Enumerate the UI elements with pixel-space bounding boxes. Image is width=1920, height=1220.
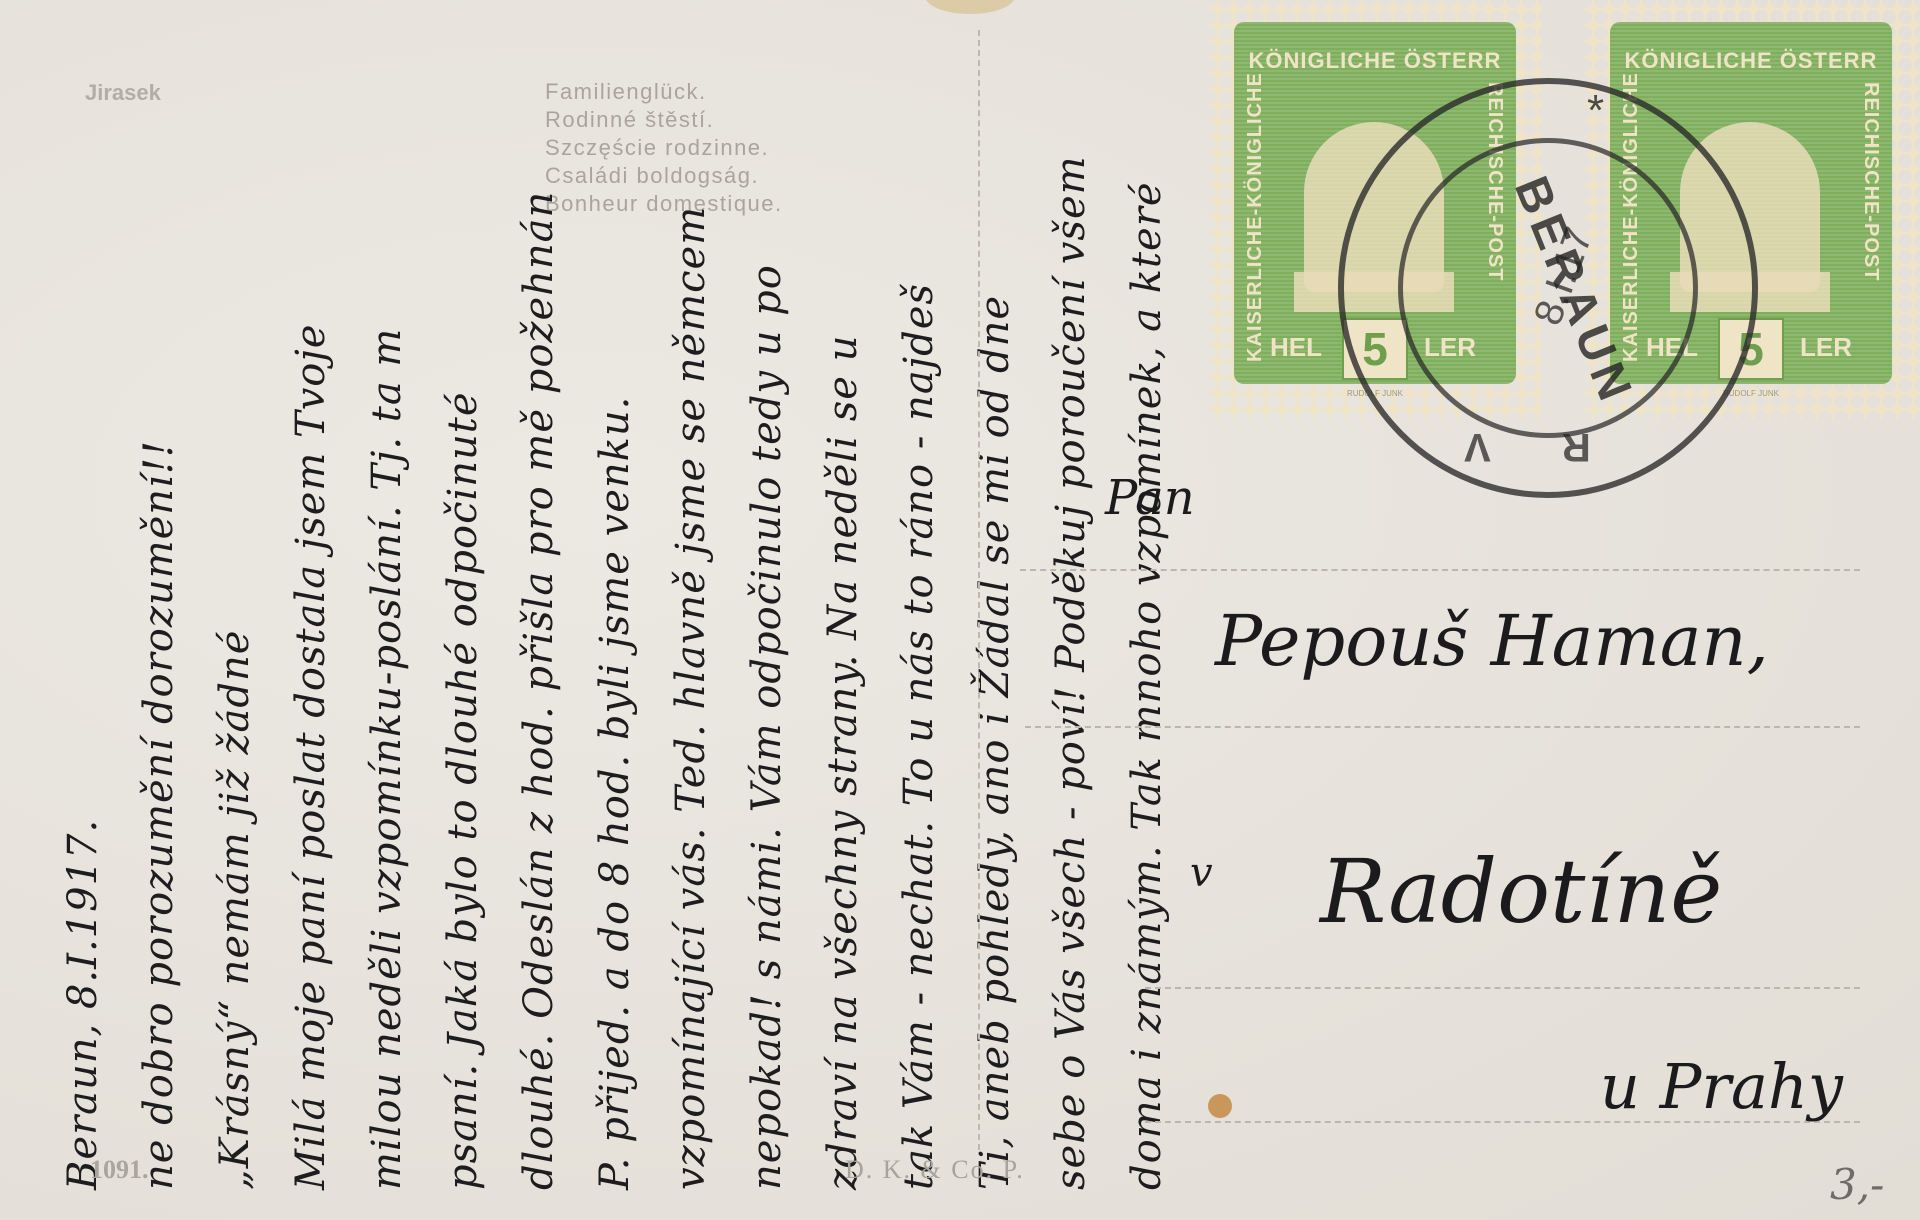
- message-line: zdraví na všechny strany. Na neděli se u: [820, 50, 896, 1190]
- card-number: 1091.: [90, 1155, 149, 1185]
- address-line: [1025, 726, 1860, 728]
- address-line: [1020, 569, 1860, 571]
- recipient-name: Pepouš Haman,: [1215, 600, 1769, 682]
- message-line: P. přijed. a do 8 hod. byli jsme venku.: [592, 50, 668, 1190]
- postmark: * BERAUN 8.I.17 R V: [1338, 78, 1758, 498]
- stain-spot: [1208, 1094, 1232, 1118]
- message-line: milou neděli vzpomínku-poslání. Tj. ta m: [364, 50, 440, 1190]
- message-line: psaní. Jaká bylo to dlouhé odpočinuté: [440, 50, 516, 1190]
- publisher-imprint: D. K. & Co. P.: [845, 1155, 1025, 1185]
- stain: [925, 0, 1015, 14]
- message-line: sebe o Vás všech - poví! Poděkuj porouče…: [1048, 50, 1124, 1190]
- recipient-region: u Prahy: [1600, 1050, 1843, 1123]
- message-line: Beraun, 8.I.1917.: [60, 50, 136, 1190]
- address-salutation: Pan: [1105, 470, 1195, 526]
- message-line: tak Vám - nechat. To u nás to ráno - naj…: [896, 50, 972, 1190]
- address-line: [1145, 987, 1860, 989]
- handwritten-message: Beraun, 8.I.1917. ne dobro porozumění do…: [60, 50, 960, 1190]
- message-line: doma i známým. Tak mnoho vzpomínek, a kt…: [1124, 50, 1200, 1190]
- address-preposition: v: [1190, 850, 1213, 896]
- message-line: vzpomínající vás. Ted. hlavně jsme se ně…: [668, 50, 744, 1190]
- message-line: Milá moje paní poslat dostala jsem Tvoje: [288, 50, 364, 1190]
- message-line: „Krásný“ nemám již žádné: [212, 50, 288, 1190]
- postmark-sub: R V: [1434, 424, 1591, 469]
- stamp-text-top: KÖNIGLICHE ÖSTERR: [1610, 48, 1892, 74]
- divider-line: [978, 30, 980, 1150]
- stamp-text-left: KAISERLICHE-KÖNIGLICHE: [1244, 72, 1267, 362]
- price-note: 3,-: [1830, 1160, 1884, 1209]
- message-line: Ti, aneb pohledy, ano i Žádal se mi od d…: [972, 50, 1048, 1190]
- postcard: Jirasek Familienglück. Rodinné štěstí. S…: [0, 0, 1920, 1220]
- star-icon: *: [1587, 86, 1604, 136]
- message-line: nepokad! s námi. Vám odpočinulo tedy u p…: [744, 50, 820, 1190]
- message-line: dlouhé. Odeslán z hod. přišla pro mě pož…: [516, 50, 592, 1190]
- message-line: ne dobro porozumění dorozumění!!: [136, 50, 212, 1190]
- stamp-text-top: KÖNIGLICHE ÖSTERR: [1234, 48, 1516, 74]
- stamp-currency-right: LER: [1800, 332, 1852, 363]
- recipient-town: Radotíně: [1320, 840, 1722, 943]
- stamp-text-right: REICHISCHE-POST: [1859, 82, 1882, 281]
- stamp-currency-left: HEL: [1270, 332, 1322, 363]
